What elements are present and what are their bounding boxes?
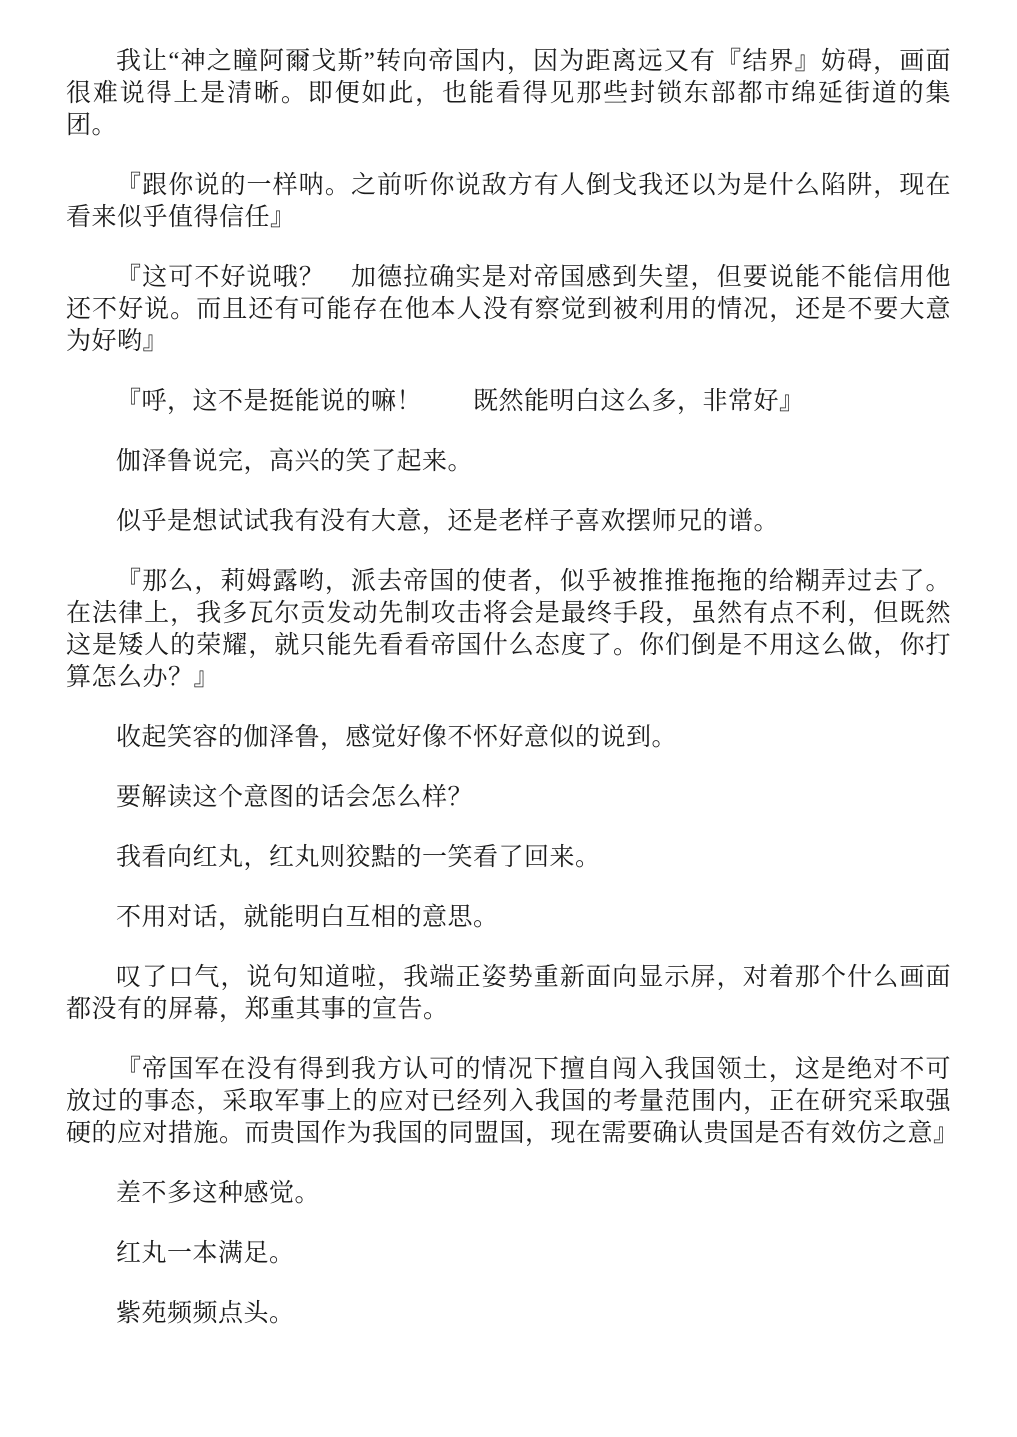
paragraph: 收起笑容的伽泽鲁，感觉好像不怀好意似的说到。: [66, 722, 951, 754]
paragraph: 差不多这种感觉。: [66, 1178, 951, 1210]
paragraph: 『跟你说的一样呐。之前听你说敌方有人倒戈我还以为是什么陷阱，现在看来似乎值得信任…: [66, 170, 951, 234]
paragraph: 紫苑频频点头。: [66, 1298, 951, 1330]
paragraph: 我让“神之瞳阿爾戈斯”转向帝国内，因为距离远又有『结界』妨碍，画面很难说得上是清…: [66, 46, 951, 142]
paragraph: 红丸一本满足。: [66, 1238, 951, 1270]
paragraph: 似乎是想试试我有没有大意，还是老样子喜欢摆师兄的谱。: [66, 506, 951, 538]
paragraph: 要解读这个意图的话会怎么样？: [66, 782, 951, 814]
paragraph: 叹了口气，说句知道啦，我端正姿势重新面向显示屏，对着那个什么画面都没有的屏幕，郑…: [66, 962, 951, 1026]
paragraph-container: 我让“神之瞳阿爾戈斯”转向帝国内，因为距离远又有『结界』妨碍，画面很难说得上是清…: [66, 46, 951, 1330]
novel-page: 我让“神之瞳阿爾戈斯”转向帝国内，因为距离远又有『结界』妨碍，画面很难说得上是清…: [0, 0, 1017, 1437]
paragraph: 『这可不好说哦？ 加德拉确实是对帝国感到失望，但要说能不能信用他还不好说。而且还…: [66, 262, 951, 358]
paragraph: 『呼，这不是挺能说的嘛！ 既然能明白这么多，非常好』: [66, 386, 951, 418]
paragraph: 伽泽鲁说完，高兴的笑了起来。: [66, 446, 951, 478]
paragraph: 『帝国军在没有得到我方认可的情况下擅自闯入我国领土，这是绝对不可放过的事态，采取…: [66, 1054, 951, 1150]
paragraph: 『那么，莉姆露哟，派去帝国的使者，似乎被推推拖拖的给糊弄过去了。在法律上，我多瓦…: [66, 566, 951, 694]
paragraph: 我看向红丸，红丸则狡黠的一笑看了回来。: [66, 842, 951, 874]
paragraph: 不用对话，就能明白互相的意思。: [66, 902, 951, 934]
